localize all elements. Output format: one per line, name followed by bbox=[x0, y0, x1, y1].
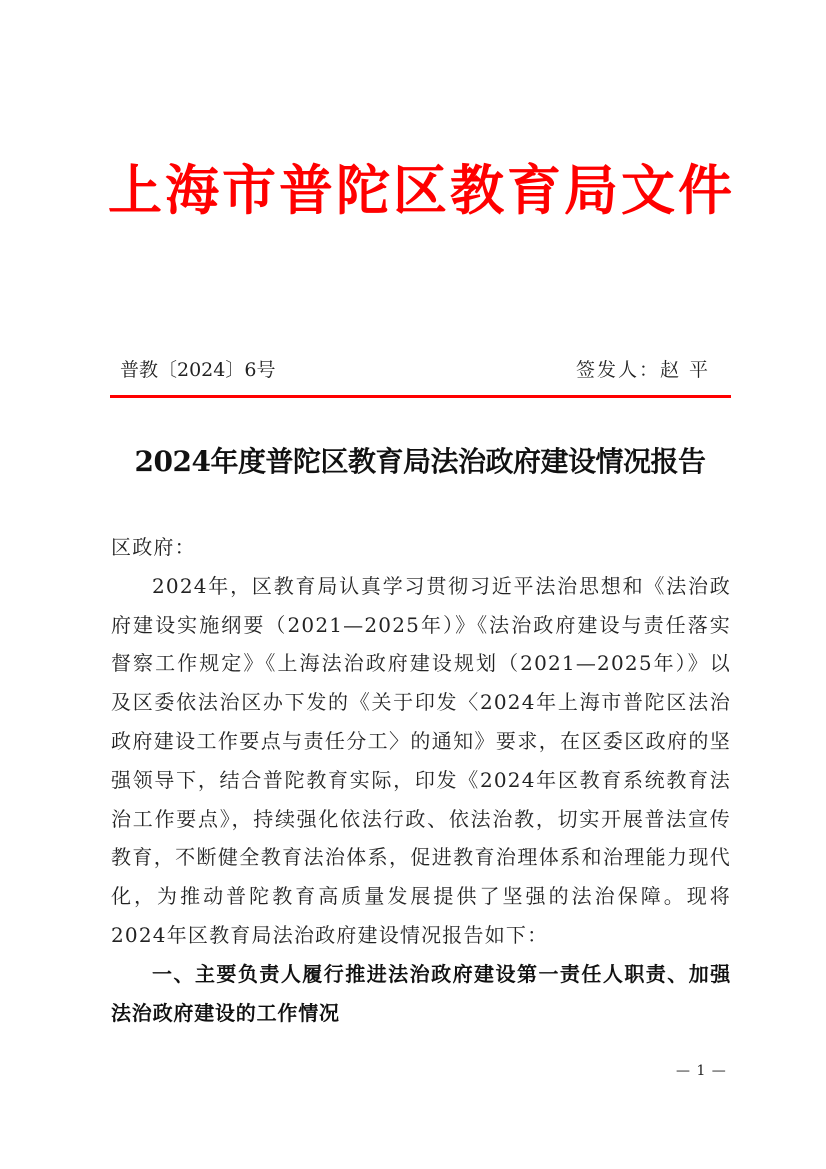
signer-label: 签发人： bbox=[576, 359, 660, 381]
section-heading: 一、主要负责人履行推进法治政府建设第一责任人职责、加强法治政府建设的工作情况 bbox=[111, 955, 731, 1033]
page-number: — 1 — bbox=[676, 1063, 727, 1079]
document-body: 区政府： 2024年，区教育局认真学习贯彻习近平法治思想和《法治政府建设实施纲要… bbox=[111, 528, 731, 1032]
document-info-row: 普教〔2024〕6号 签发人：赵 平 bbox=[120, 356, 710, 384]
signer: 签发人：赵 平 bbox=[576, 356, 710, 384]
signer-name: 赵 平 bbox=[660, 359, 710, 381]
red-separator-line bbox=[110, 395, 731, 398]
document-title: 2024年度普陀区教育局法治政府建设情况报告 bbox=[100, 440, 740, 484]
salutation: 区政府： bbox=[111, 528, 731, 567]
document-page: 上海市普陀区教育局文件 普教〔2024〕6号 签发人：赵 平 2024年度普陀区… bbox=[0, 0, 826, 1169]
document-number: 普教〔2024〕6号 bbox=[120, 356, 275, 384]
body-paragraph: 2024年，区教育局认真学习贯彻习近平法治思想和《法治政府建设实施纲要（2021… bbox=[111, 567, 731, 955]
masthead-title: 上海市普陀区教育局文件 bbox=[108, 158, 728, 222]
